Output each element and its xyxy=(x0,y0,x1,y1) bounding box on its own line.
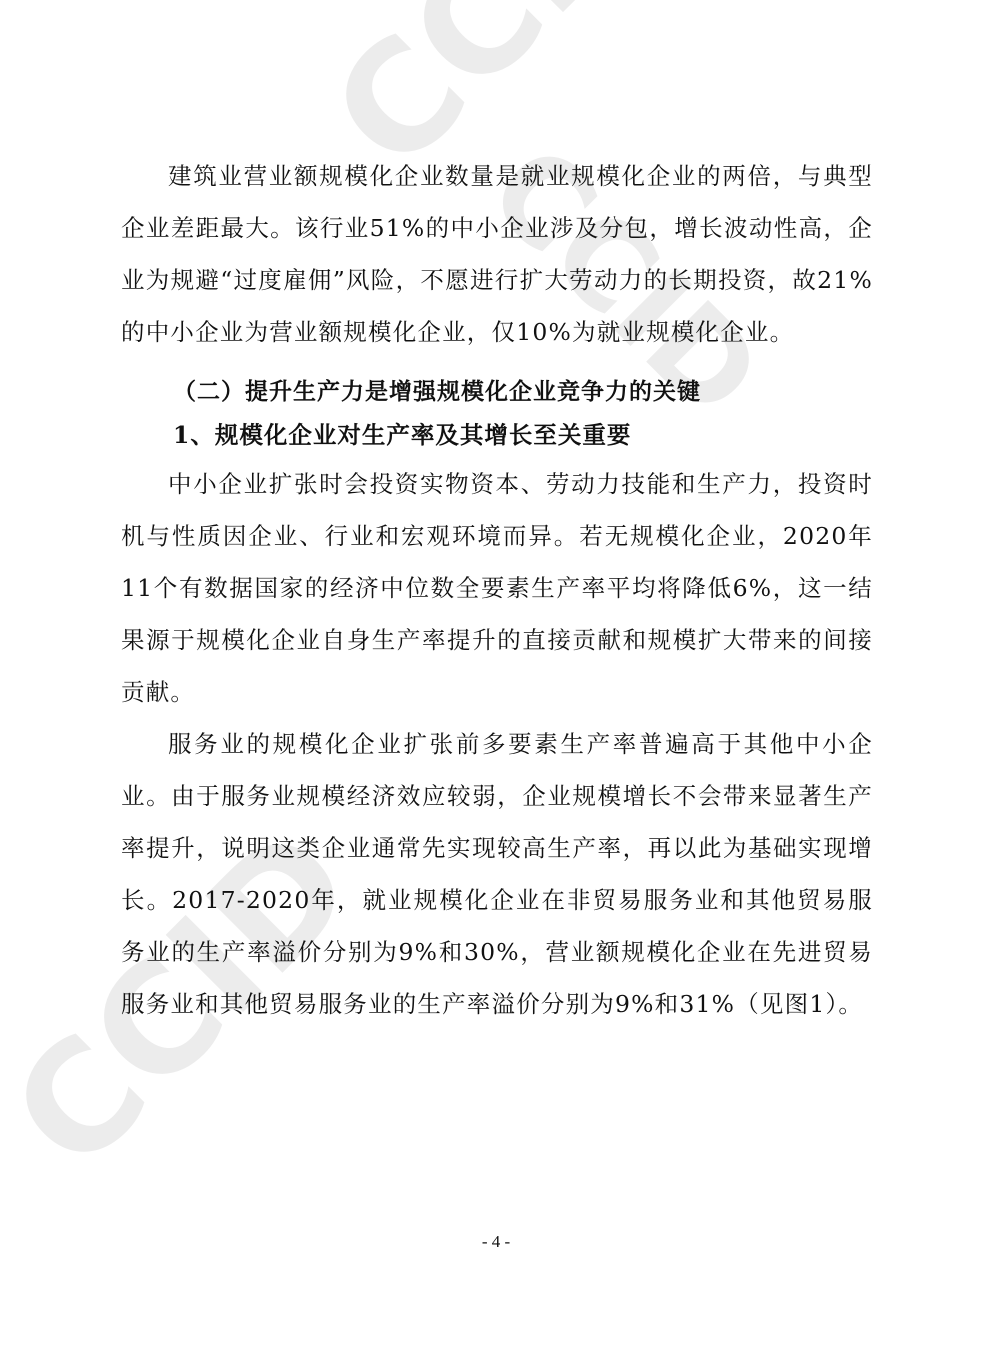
paragraph-expansion: 中小企业扩张时会投资实物资本、劳动力技能和生产力，投资时机与性质因企业、行业和宏… xyxy=(121,458,873,718)
section-heading: （二）提升生产力是增强规模化企业竞争力的关键 xyxy=(121,372,873,412)
paragraph-construction: 建筑业营业额规模化企业数量是就业规模化企业的两倍，与典型企业差距最大。该行业51… xyxy=(121,150,873,358)
paragraph-services: 服务业的规模化企业扩张前多要素生产率普遍高于其他中小企业。由于服务业规模经济效应… xyxy=(121,718,873,1030)
subsection-heading: 1、规模化企业对生产率及其增长至关重要 xyxy=(121,412,873,458)
document-page: 建筑业营业额规模化企业数量是就业规模化企业的两倍，与典型企业差距最大。该行业51… xyxy=(121,150,873,1030)
page-number: - 4 - xyxy=(0,1232,992,1252)
